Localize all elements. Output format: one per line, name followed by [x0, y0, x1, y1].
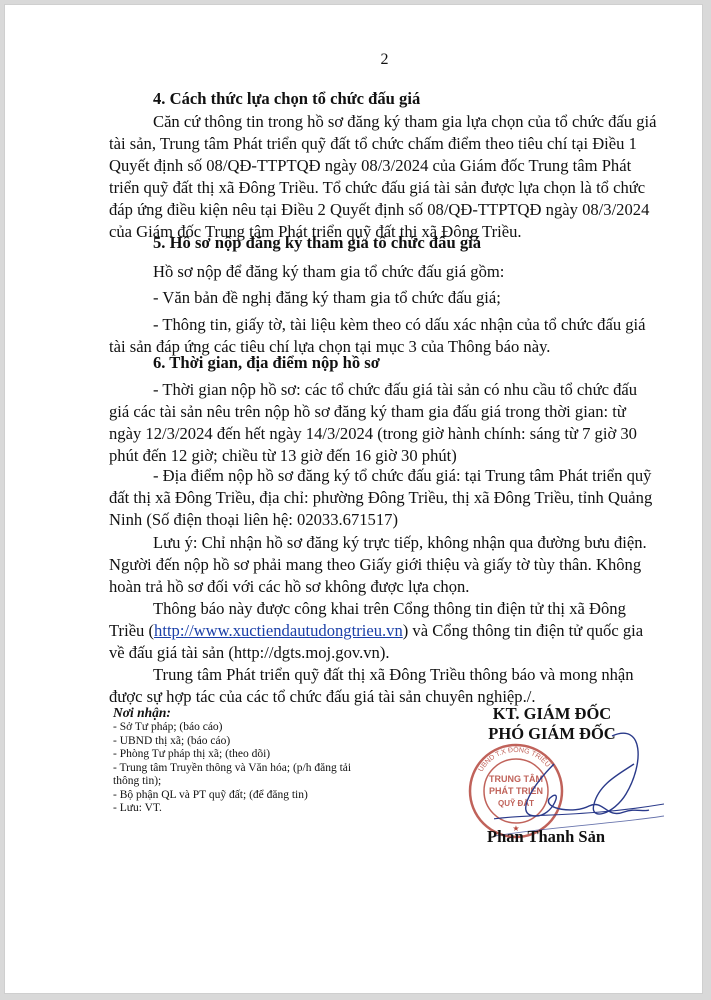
text-line: Quyết định số 08/QĐ-TTPTQĐ ngày 08/3/202…: [109, 155, 660, 177]
text-line: Thông báo này được công khai trên Cổng t…: [109, 598, 660, 620]
recipient-item: - Bộ phận QL và PT quỹ đất; (để đăng tin…: [113, 789, 433, 803]
section-6-note: Lưu ý: Chỉ nhận hồ sơ đăng ký trực tiếp,…: [109, 532, 660, 598]
text-line: đất thị xã Đông Triều, địa chỉ: phường Đ…: [109, 487, 660, 509]
text-line: - Thông tin, giấy tờ, tài liệu kèm theo …: [109, 314, 660, 336]
recipient-item: - Sở Tư pháp; (báo cáo): [113, 721, 433, 735]
signature-title-line: KT. GIÁM ĐỐC: [452, 704, 652, 724]
section-5-heading: 5. Hồ sơ nộp đăng ký tham gia tổ chức đấ…: [153, 232, 481, 254]
text-line: - Địa điểm nộp hồ sơ đăng ký tổ chức đấu…: [109, 465, 660, 487]
text-line: Ninh (Số điện thoại liên hệ: 02033.67151…: [109, 509, 660, 531]
text-line: đáp ứng điều kiện nêu tại Điều 2 Quyết đ…: [109, 199, 660, 221]
text-line: - Thời gian nộp hồ sơ: các tổ chức đấu g…: [109, 379, 660, 401]
text-line: Lưu ý: Chỉ nhận hồ sơ đăng ký trực tiếp,…: [109, 532, 660, 554]
text-fragment: ) và Cổng thông tin điện tử quốc gia: [403, 621, 643, 640]
text-line: phút đến 12 giờ; chiều từ 13 giờ đến 16 …: [109, 445, 660, 467]
section-4-paragraph: Căn cứ thông tin trong hồ sơ đăng ký tha…: [109, 111, 660, 243]
recipients-block: Nơi nhận: - Sở Tư pháp; (báo cáo) - UBND…: [113, 705, 433, 816]
recipient-item: thông tin);: [113, 775, 433, 789]
section-5-intro: Hồ sơ nộp để đăng ký tham gia tổ chức đấ…: [153, 261, 504, 283]
section-6-heading: 6. Thời gian, địa điểm nộp hồ sơ: [153, 352, 380, 374]
recipients-title: Nơi nhận:: [113, 705, 433, 721]
text-line: hoàn trả hồ sơ đối với các hồ sơ không đ…: [109, 576, 660, 598]
section-6-place: - Địa điểm nộp hồ sơ đăng ký tổ chức đấu…: [109, 465, 660, 531]
text-fragment: Triều (: [109, 621, 154, 640]
recipient-item: - Phòng Tư pháp thị xã; (theo dõi): [113, 748, 433, 762]
text-line: giá các tài sản nêu trên nộp hồ sơ đăng …: [109, 401, 660, 423]
signer-name: Phan Thanh Sản: [456, 827, 636, 847]
text-line: Người đến nộp hồ sơ phải mang theo Giấy …: [109, 554, 660, 576]
recipient-item: - Lưu: VT.: [113, 802, 433, 816]
text-line: Trung tâm Phát triển quỹ đất thị xã Đông…: [109, 664, 660, 686]
handwritten-signature-icon: [494, 724, 664, 844]
page-number: 2: [109, 49, 660, 71]
text-line: triển quỹ đất thị xã Đông Triều. Tổ chức…: [109, 177, 660, 199]
section-4-heading: 4. Cách thức lựa chọn tổ chức đấu giá: [153, 88, 420, 110]
text-line: ngày 12/3/2024 đến hết ngày 14/3/2024 (t…: [109, 423, 660, 445]
website-link[interactable]: http://www.xuctiendautudongtrieu.vn: [154, 621, 403, 640]
section-6-time: - Thời gian nộp hồ sơ: các tổ chức đấu g…: [109, 379, 660, 467]
text-line: tài sản, Trung tâm Phát triển quỹ đất tổ…: [109, 133, 660, 155]
recipient-item: - UBND thị xã; (báo cáo): [113, 735, 433, 749]
section-5-item-1: - Văn bản đề nghị đăng ký tham gia tổ ch…: [153, 287, 501, 309]
publication-paragraph: Thông báo này được công khai trên Cổng t…: [109, 598, 660, 664]
text-line: Triều (http://www.xuctiendautudongtrieu.…: [109, 620, 660, 642]
recipient-item: - Trung tâm Truyền thông và Văn hóa; (p/…: [113, 762, 433, 776]
document-page: 2 4. Cách thức lựa chọn tổ chức đấu giá …: [4, 4, 703, 994]
text-line: Căn cứ thông tin trong hồ sơ đăng ký tha…: [109, 111, 660, 133]
text-line: về đấu giá tài sản (http://dgts.moj.gov.…: [109, 642, 660, 664]
closing-paragraph: Trung tâm Phát triển quỹ đất thị xã Đông…: [109, 664, 660, 708]
